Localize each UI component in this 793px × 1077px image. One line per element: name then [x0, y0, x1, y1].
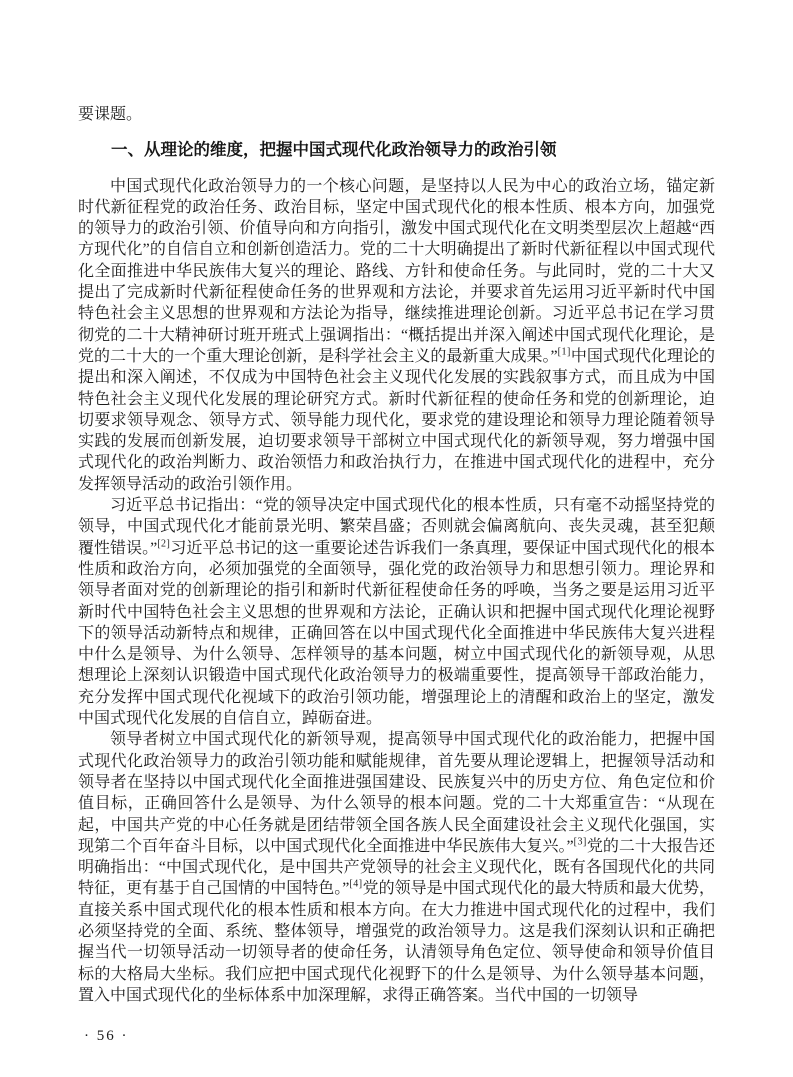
paragraph-text: 中国式现代化政治领导力的一个核心问题，是坚持以人民为中心的政治立场，锚定新时代新…	[78, 178, 715, 365]
paragraph-text: 中国式现代化理论的提出和深入阐述，不仅成为中国特色社会主义现代化发展的实践叙事方…	[78, 348, 715, 493]
footnote-marker-3: [3]	[574, 836, 587, 847]
paragraph-text: 领导者树立中国式现代化的新领导观，提高领导中国式现代化的政治能力，把握中国式现代…	[78, 731, 715, 854]
document-page: 要课题。 一、从理论的维度，把握中国式现代化政治领导力的政治引领 中国式现代化政…	[0, 0, 793, 1077]
footnote-marker-4: [4]	[349, 879, 362, 890]
paragraph-1: 中国式现代化政治领导力的一个核心问题，是坚持以人民为中心的政治立场，锚定新时代新…	[78, 176, 715, 495]
section-heading: 一、从理论的维度，把握中国式现代化政治领导力的政治引领	[78, 140, 715, 161]
paragraph-3: 领导者树立中国式现代化的新领导观，提高领导中国式现代化的政治能力，把握中国式现代…	[78, 729, 715, 1006]
paragraph-2: 习近平总书记指出：“党的领导决定中国式现代化的根本性质，只有毫不动摇坚持党的领导…	[78, 495, 715, 729]
paragraph-continuation: 要课题。	[78, 104, 715, 125]
footnote-marker-2: [2]	[157, 538, 170, 549]
footnote-marker-1: [1]	[558, 347, 571, 358]
paragraph-text: 党的领导是中国式现代化的最大特质和最大优势，直接关系中国式现代化的根本性质和根本…	[78, 880, 715, 1003]
paragraph-text: 习近平总书记的这一重要论述告诉我们一条真理，要保证中国式现代化的根本性质和政治方…	[78, 540, 715, 727]
page-number: · 56 ·	[84, 1026, 129, 1047]
